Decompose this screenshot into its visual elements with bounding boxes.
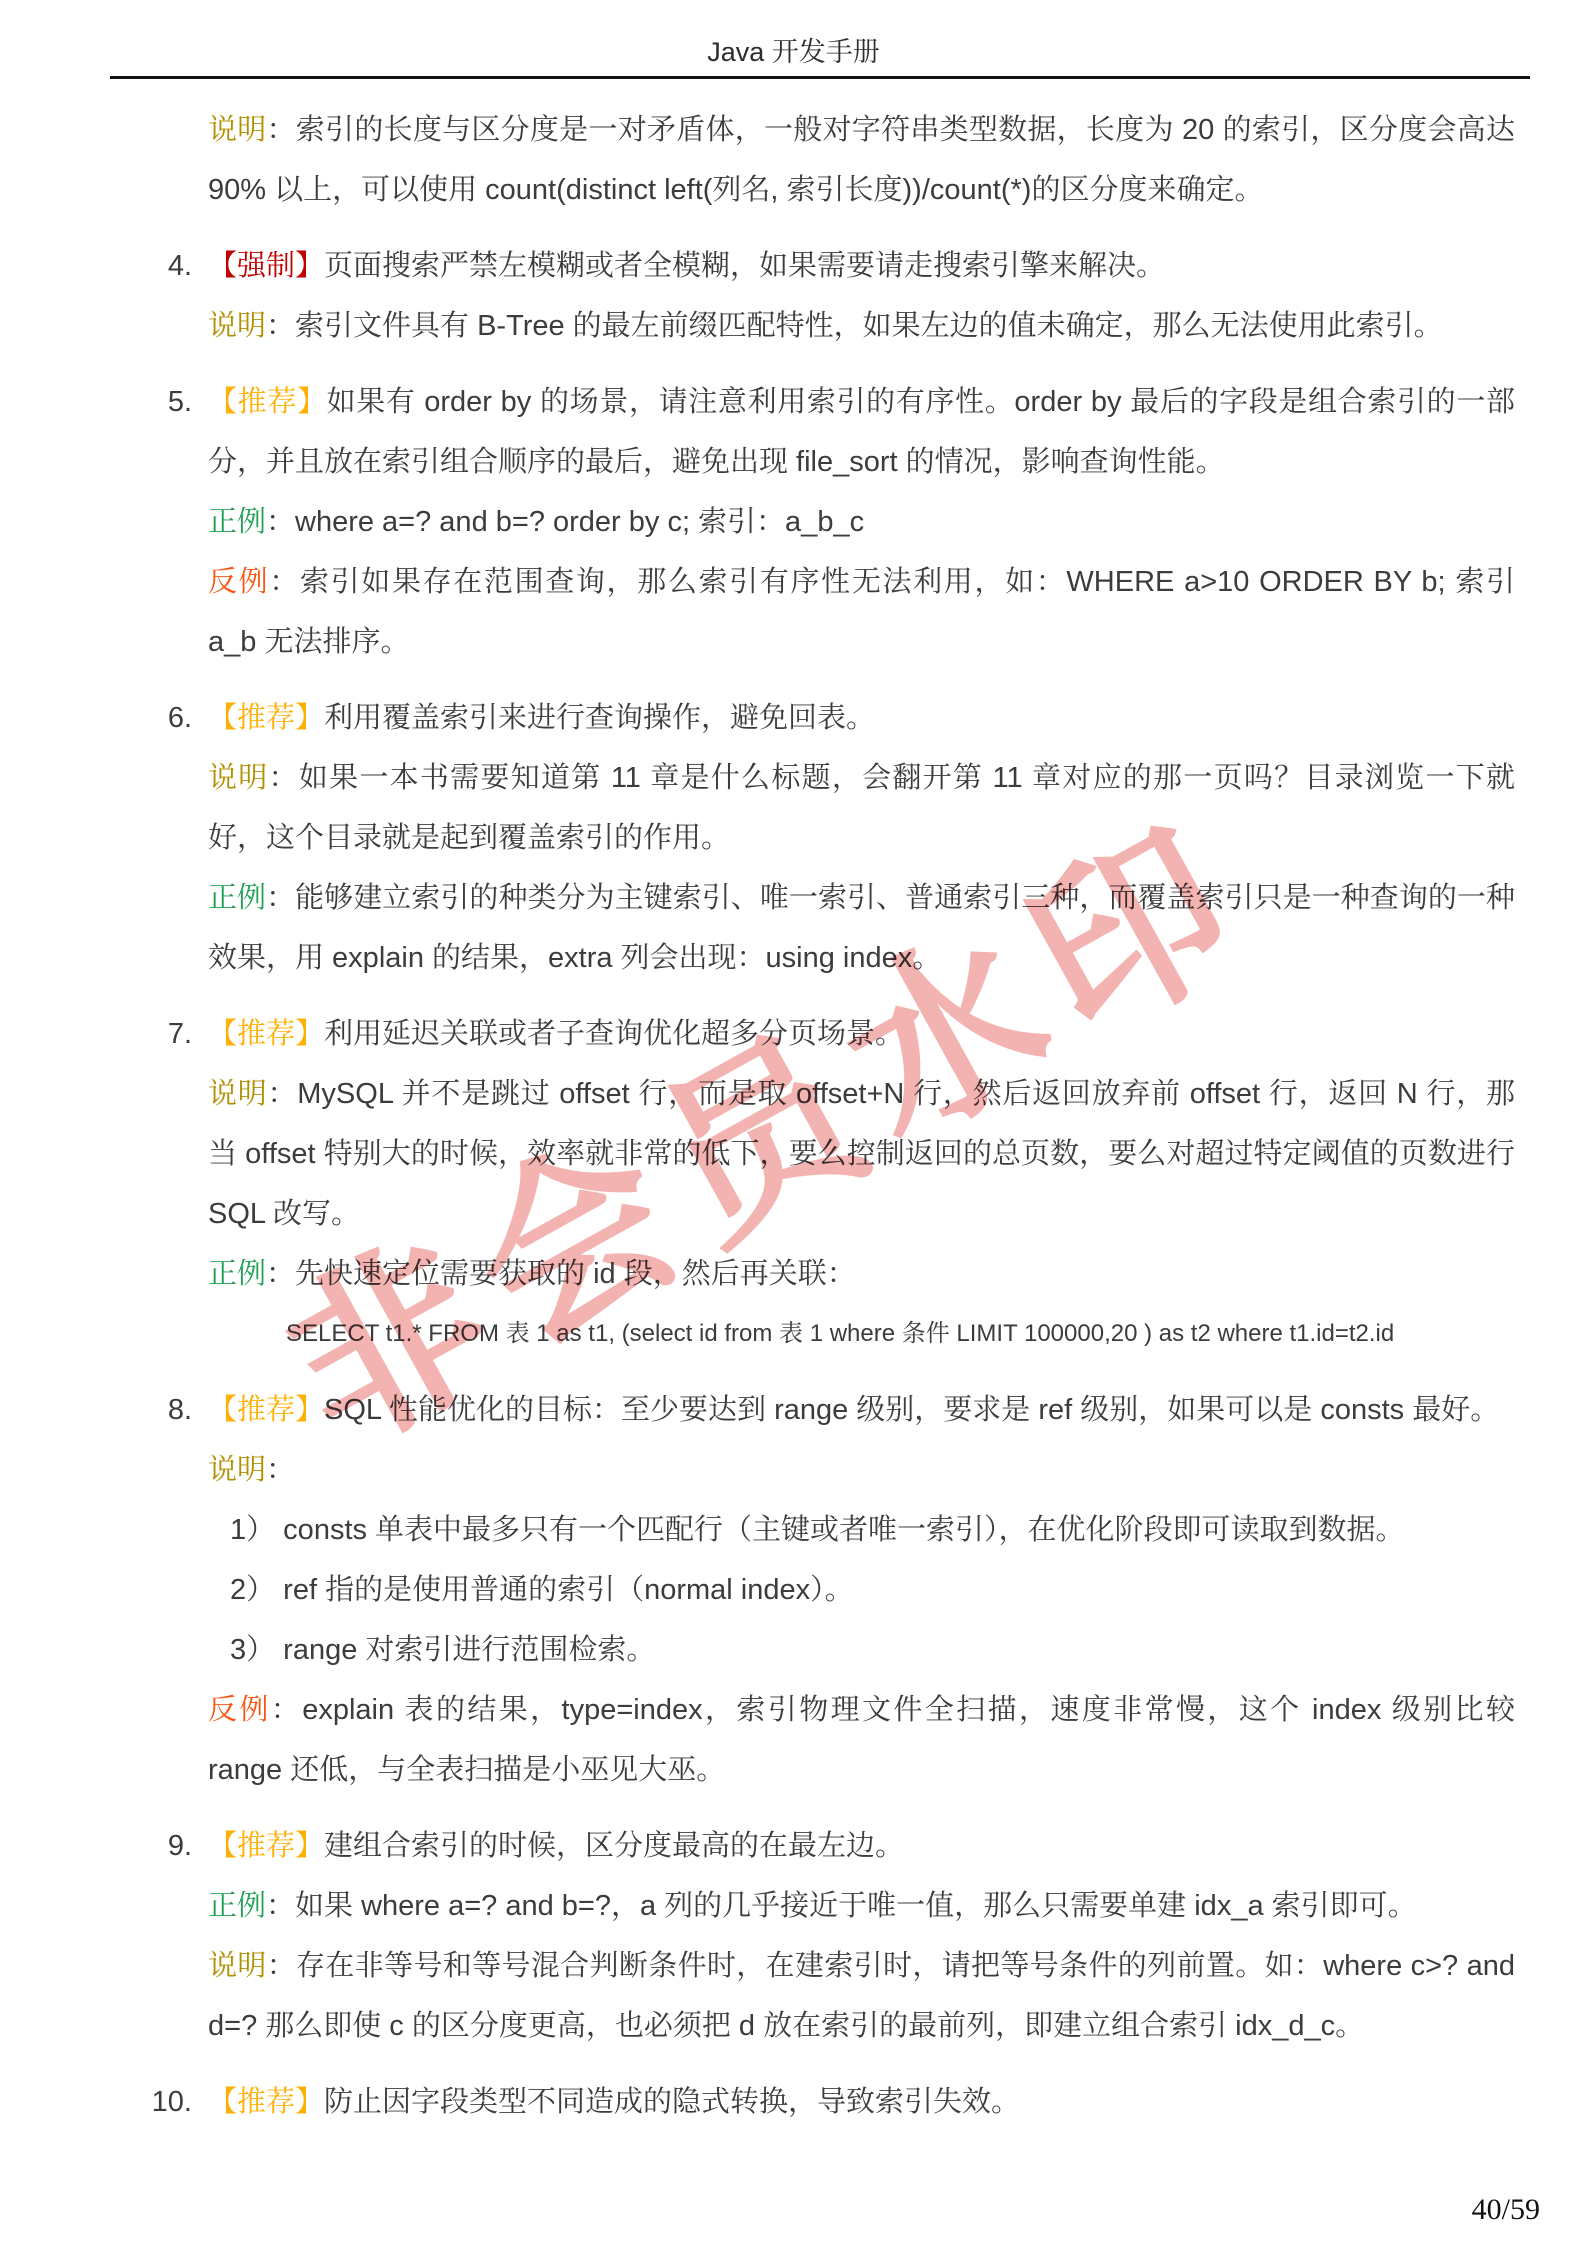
text-run: ：先快速定位需要获取的 id 段，然后再关联： <box>266 1258 856 1290</box>
rule-item: 7.【推荐】利用延迟关联或者子查询优化超多分页场景。 <box>208 1004 1515 1064</box>
text-run: ：能够建立索引的种类分为主键索引、唯一索引、普通索引三种，而覆盖索引只是一种查询… <box>208 882 1515 974</box>
text-run: 3） range 对索引进行范围检索。 <box>230 1634 655 1666</box>
text-run: ：索引文件具有 B-Tree 的最左前缀匹配特性，如果左边的值未确定，那么无法使… <box>266 310 1443 342</box>
text-run: 页面搜索严禁左模糊或者全模糊，如果需要请走搜索引擎来解决。 <box>324 250 1165 282</box>
paragraph: 正例：如果 where a=? and b=?，a 列的几乎接近于唯一值，那么只… <box>208 1876 1515 1936</box>
text-run: 1） consts 单表中最多只有一个匹配行（主键或者唯一索引），在优化阶段即可… <box>230 1514 1405 1546</box>
header-divider <box>110 76 1530 79</box>
paragraph: 3） range 对索引进行范围检索。 <box>208 1620 1515 1680</box>
note-label: 说明 <box>208 310 266 342</box>
rule-item: 8.【推荐】SQL 性能优化的目标：至少要达到 range 级别，要求是 ref… <box>208 1380 1515 1440</box>
page-header-title: Java 开发手册 <box>0 30 1587 69</box>
rule-item: 10.【推荐】防止因字段类型不同造成的隐式转换，导致索引失效。 <box>208 2072 1515 2132</box>
severity-label-recommended: 【推荐】 <box>208 1830 324 1862</box>
note-label: 说明 <box>208 1950 267 1982</box>
paragraph: 说明：MySQL 并不是跳过 offset 行，而是取 offset+N 行，然… <box>208 1064 1515 1244</box>
item-number: 6. <box>168 688 192 748</box>
paragraph: 说明：存在非等号和等号混合判断条件时，在建索引时，请把等号条件的列前置。如：wh… <box>208 1936 1515 2056</box>
text-run: 防止因字段类型不同造成的隐式转换，导致索引失效。 <box>324 2086 1020 2118</box>
text-run: ：存在非等号和等号混合判断条件时，在建索引时，请把等号条件的列前置。如：wher… <box>208 1950 1515 2042</box>
paragraph: 说明：索引文件具有 B-Tree 的最左前缀匹配特性，如果左边的值未确定，那么无… <box>208 296 1515 356</box>
rule-item: 5.【推荐】如果有 order by 的场景，请注意利用索引的有序性。order… <box>208 372 1515 492</box>
text-run: 2） ref 指的是使用普通的索引（normal index）。 <box>230 1574 854 1606</box>
rule-item: 4.【强制】页面搜索严禁左模糊或者全模糊，如果需要请走搜索引擎来解决。 <box>208 236 1515 296</box>
paragraph: 正例：能够建立索引的种类分为主键索引、唯一索引、普通索引三种，而覆盖索引只是一种… <box>208 868 1515 988</box>
paragraph: 反例：explain 表的结果，type=index，索引物理文件全扫描，速度非… <box>208 1680 1515 1800</box>
text-run: 如果有 order by 的场景，请注意利用索引的有序性。order by 最后… <box>208 386 1515 478</box>
text-run: ：索引如果存在范围查询，那么索引有序性无法利用，如：WHERE a>10 ORD… <box>208 566 1515 658</box>
text-run: SQL 性能优化的目标：至少要达到 range 级别，要求是 ref 级别，如果… <box>324 1394 1499 1426</box>
positive-example-label: 正例 <box>208 882 266 914</box>
paragraph: 正例：where a=? and b=? order by c; 索引：a_b_… <box>208 492 1515 552</box>
positive-example-label: 正例 <box>208 1258 266 1290</box>
paragraph: 反例：索引如果存在范围查询，那么索引有序性无法利用，如：WHERE a>10 O… <box>208 552 1515 672</box>
item-number: 5. <box>168 372 192 432</box>
text-run: ：where a=? and b=? order by c; 索引：a_b_c <box>266 506 864 538</box>
negative-example-label: 反例 <box>208 566 269 598</box>
positive-example-label: 正例 <box>208 506 266 538</box>
text-run: 建组合索引的时候，区分度最高的在最左边。 <box>324 1830 904 1862</box>
paragraph: 说明： <box>208 1440 1515 1500</box>
severity-label-recommended: 【推荐】 <box>208 1394 324 1426</box>
paragraph: 说明：索引的长度与区分度是一对矛盾体，一般对字符串类型数据，长度为 20 的索引… <box>208 100 1515 220</box>
paragraph: 1） consts 单表中最多只有一个匹配行（主键或者唯一索引），在优化阶段即可… <box>208 1500 1515 1560</box>
text-run: ：explain 表的结果，type=index，索引物理文件全扫描，速度非常慢… <box>208 1694 1515 1786</box>
note-label: 说明 <box>208 1078 268 1110</box>
item-number: 7. <box>168 1004 192 1064</box>
note-label: 说明 <box>208 114 267 146</box>
text-run: 利用延迟关联或者子查询优化超多分页场景。 <box>324 1018 904 1050</box>
text-run: ：索引的长度与区分度是一对矛盾体，一般对字符串类型数据，长度为 20 的索引，区… <box>208 114 1515 206</box>
text-run: ：如果一本书需要知道第 11 章是什么标题，会翻开第 11 章对应的那一页吗？目… <box>208 762 1515 854</box>
code-line: SELECT t1.* FROM 表 1 as t1, (select id f… <box>208 1304 1515 1364</box>
text-run: SELECT t1.* FROM 表 1 as t1, (select id f… <box>286 1320 1394 1347</box>
severity-label-recommended: 【推荐】 <box>208 2086 324 2118</box>
severity-label-mandatory: 【强制】 <box>208 250 324 282</box>
item-number: 9. <box>168 1816 192 1876</box>
page-number: 40/59 <box>1472 2193 1540 2227</box>
text-run: ：如果 where a=? and b=?，a 列的几乎接近于唯一值，那么只需要… <box>266 1890 1417 1922</box>
item-number: 8. <box>168 1380 192 1440</box>
item-number: 4. <box>168 236 192 296</box>
severity-label-recommended: 【推荐】 <box>208 386 327 418</box>
negative-example-label: 反例 <box>208 1694 271 1726</box>
document-body: 说明：索引的长度与区分度是一对矛盾体，一般对字符串类型数据，长度为 20 的索引… <box>208 100 1515 2132</box>
severity-label-recommended: 【推荐】 <box>208 1018 324 1050</box>
positive-example-label: 正例 <box>208 1890 266 1922</box>
document-page: Java 开发手册 说明：索引的长度与区分度是一对矛盾体，一般对字符串类型数据，… <box>0 0 1587 2245</box>
severity-label-recommended: 【推荐】 <box>208 702 324 734</box>
item-number: 10. <box>152 2072 192 2132</box>
rule-item: 9.【推荐】建组合索引的时候，区分度最高的在最左边。 <box>208 1816 1515 1876</box>
text-run: ：MySQL 并不是跳过 offset 行，而是取 offset+N 行，然后返… <box>208 1078 1515 1230</box>
note-label: 说明 <box>208 1454 266 1486</box>
text-run: ： <box>266 1454 295 1486</box>
note-label: 说明 <box>208 762 269 794</box>
paragraph: 2） ref 指的是使用普通的索引（normal index）。 <box>208 1560 1515 1620</box>
paragraph: 正例：先快速定位需要获取的 id 段，然后再关联： <box>208 1244 1515 1304</box>
rule-item: 6.【推荐】利用覆盖索引来进行查询操作，避免回表。 <box>208 688 1515 748</box>
paragraph: 说明：如果一本书需要知道第 11 章是什么标题，会翻开第 11 章对应的那一页吗… <box>208 748 1515 868</box>
text-run: 利用覆盖索引来进行查询操作，避免回表。 <box>324 702 875 734</box>
